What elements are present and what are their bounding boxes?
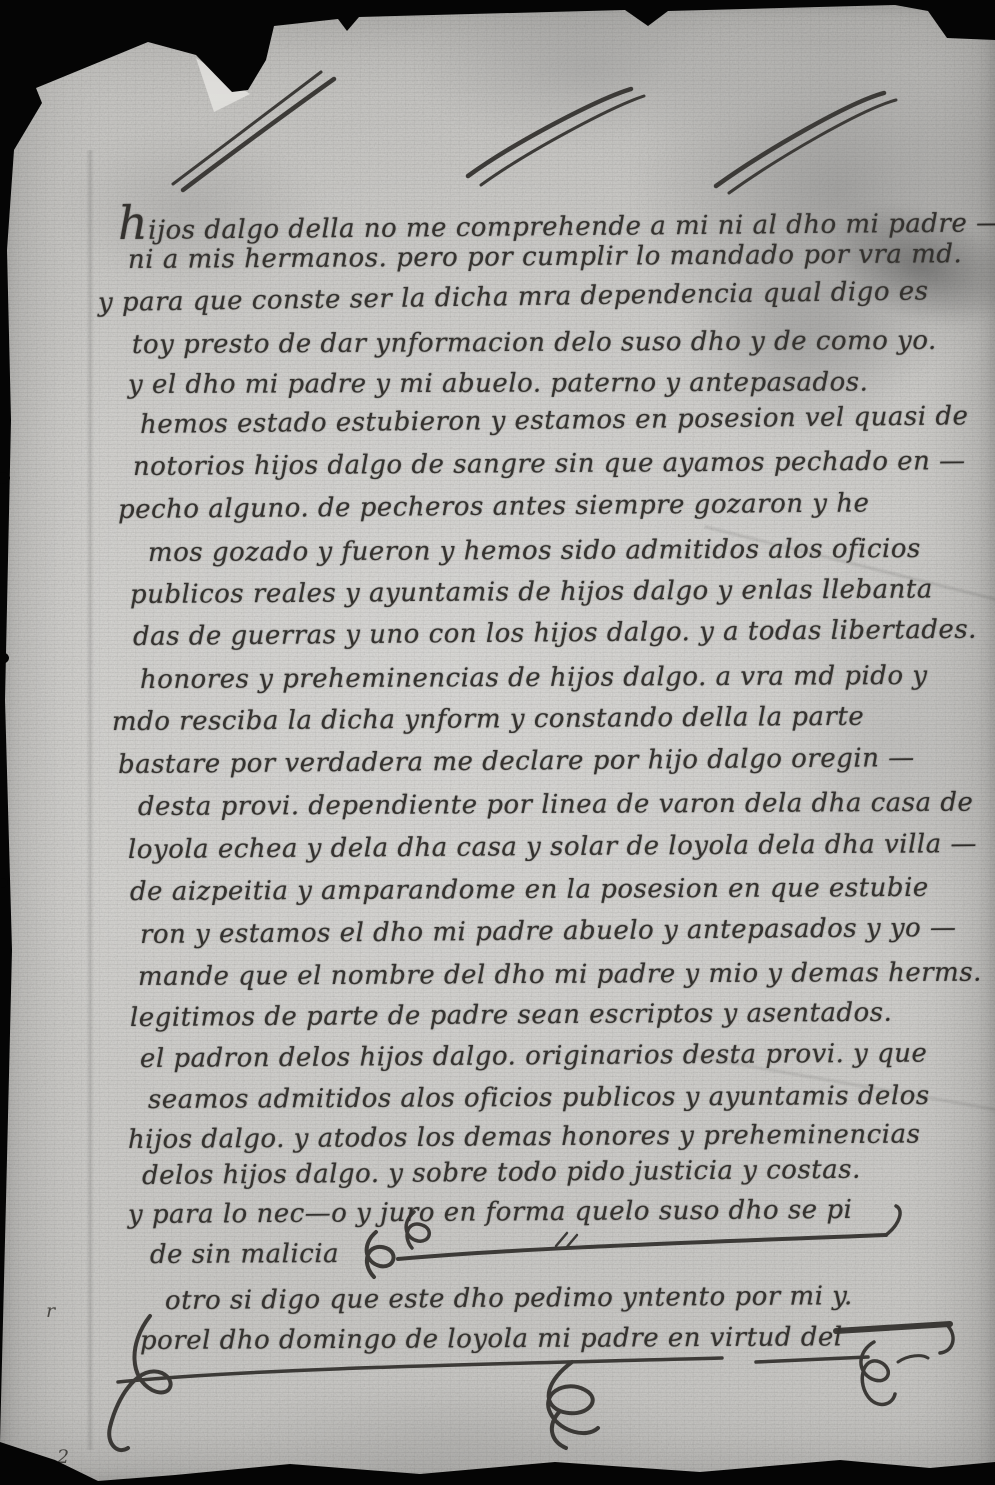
stain-top-left — [60, 130, 320, 290]
rule-after-malicia — [398, 1235, 886, 1259]
rule-line28-hook — [940, 1326, 953, 1353]
page-number: 2 — [57, 1446, 69, 1468]
manuscript-line-17: de aizpeitia y amparandome en la posesio… — [130, 873, 929, 907]
stain-top-center — [420, 0, 760, 140]
manuscript-line-9: mos gozado y fueron y hemos sido admitid… — [148, 534, 921, 568]
manuscript-line-25: y para lo nec—o y juro en forma quelo su… — [128, 1195, 853, 1230]
manuscript-line-6: hemos estado estubieron y estamos en pos… — [140, 401, 969, 440]
pen-flourish-top-right-2 — [729, 100, 896, 193]
pen-flourishes — [0, 0, 995, 1485]
pen-knot-line25 — [406, 1212, 429, 1248]
closing-flourish-left — [109, 1316, 170, 1450]
manuscript-line-7: notorios hijos dalgo de sangre sin que a… — [133, 446, 966, 482]
edge-tear-3 — [0, 878, 8, 888]
pen-flourish-top-center — [468, 89, 631, 176]
ink-smudge-top-right — [809, 185, 995, 346]
double-tick-rule — [556, 1233, 577, 1248]
manuscript-line-27: otro si digo que este dho pedimo yntento… — [165, 1281, 853, 1316]
manuscript-line-15: desta provi. dependiente por linea de va… — [138, 788, 974, 822]
pen-flourish-top-left-2 — [173, 72, 321, 184]
manuscript-line-12: honores y preheminencias de hijos dalgo.… — [140, 661, 928, 695]
manuscript-line-14: bastare por verdadera me declare por hij… — [118, 743, 915, 780]
manuscript-line-10: publicos reales y ayuntamis de hijos dal… — [130, 574, 933, 610]
rubric-paraph — [548, 1362, 598, 1448]
stain-bottom — [250, 1380, 670, 1485]
rule-line28-end — [836, 1324, 950, 1331]
manuscript-line-24: delos hijos dalgo. y sobre todo pido jus… — [142, 1155, 861, 1191]
edge-tear-1 — [0, 472, 10, 484]
folded-corner-top — [0, 0, 995, 1485]
paper-grain-texture — [0, 0, 995, 1485]
closing-dash-right — [898, 1356, 928, 1362]
margin-mark: r — [46, 1300, 55, 1322]
manuscript-line-18: ron y estamos el dho mi padre abuelo y a… — [140, 913, 957, 950]
closing-rule-left — [118, 1358, 722, 1382]
manuscript-line-8: pecho alguno. de pecheros antes siempre … — [118, 488, 870, 525]
pen-knot-malicia — [367, 1232, 394, 1277]
manuscript-line-1: hijos dalgo della no me comprehende a mi… — [118, 188, 995, 250]
manuscript-line-4: toy presto de dar ynformacion delo suso … — [132, 326, 937, 360]
manuscript-line-26: de sin malicia — [150, 1239, 339, 1270]
vertical-fold-crease — [86, 150, 94, 1450]
manuscript-line-22: seamos admitidos alos oficios publicos y… — [148, 1081, 930, 1115]
closing-rule-right — [756, 1357, 868, 1362]
manuscript-line-11: das de guerras y uno con los hijos dalgo… — [133, 615, 977, 652]
manuscript-line-23: hijos dalgo. y atodos los demas honores … — [128, 1119, 921, 1155]
parchment-page: hijos dalgo della no me comprehende a mi… — [0, 0, 995, 1485]
diagonal-crease-lower — [692, 1053, 995, 1113]
manuscript-scan: hijos dalgo della no me comprehende a mi… — [0, 0, 995, 1485]
pen-flourish-top-center-2 — [481, 96, 644, 185]
manuscript-line-20: legitimos de parte de padre sean escript… — [130, 998, 893, 1033]
manuscript-line-28: porel dho domingo de loyola mi padre en … — [140, 1322, 843, 1356]
diagonal-crease-upper — [704, 524, 995, 602]
manuscript-line-2: ni a mis hermanos. pero por cumplir lo m… — [128, 239, 962, 275]
manuscript-line-3: y para que conste ser la dicha mra depen… — [98, 276, 929, 318]
manuscript-line-16: loyola echea y dela dha casa y solar de … — [128, 829, 977, 865]
manuscript-line-5: y el dho mi padre y mi abuelo. paterno y… — [128, 367, 868, 400]
pen-flourish-top-left — [183, 79, 334, 190]
manuscript-line-19: mande que el nombre del dho mi padre y m… — [138, 958, 982, 992]
water-stain-top-right — [630, 30, 995, 390]
stain-middle-right — [780, 540, 995, 960]
water-stain-right — [680, 250, 930, 440]
closing-flourish-right — [861, 1342, 895, 1404]
manuscript-line-13: mdo resciba la dicha ynform y constando … — [112, 702, 864, 737]
rule-end-hook — [886, 1206, 900, 1235]
manuscript-line-21: el padron delos hijos dalgo. originarios… — [140, 1039, 928, 1074]
pen-flourish-top-right — [716, 93, 884, 186]
